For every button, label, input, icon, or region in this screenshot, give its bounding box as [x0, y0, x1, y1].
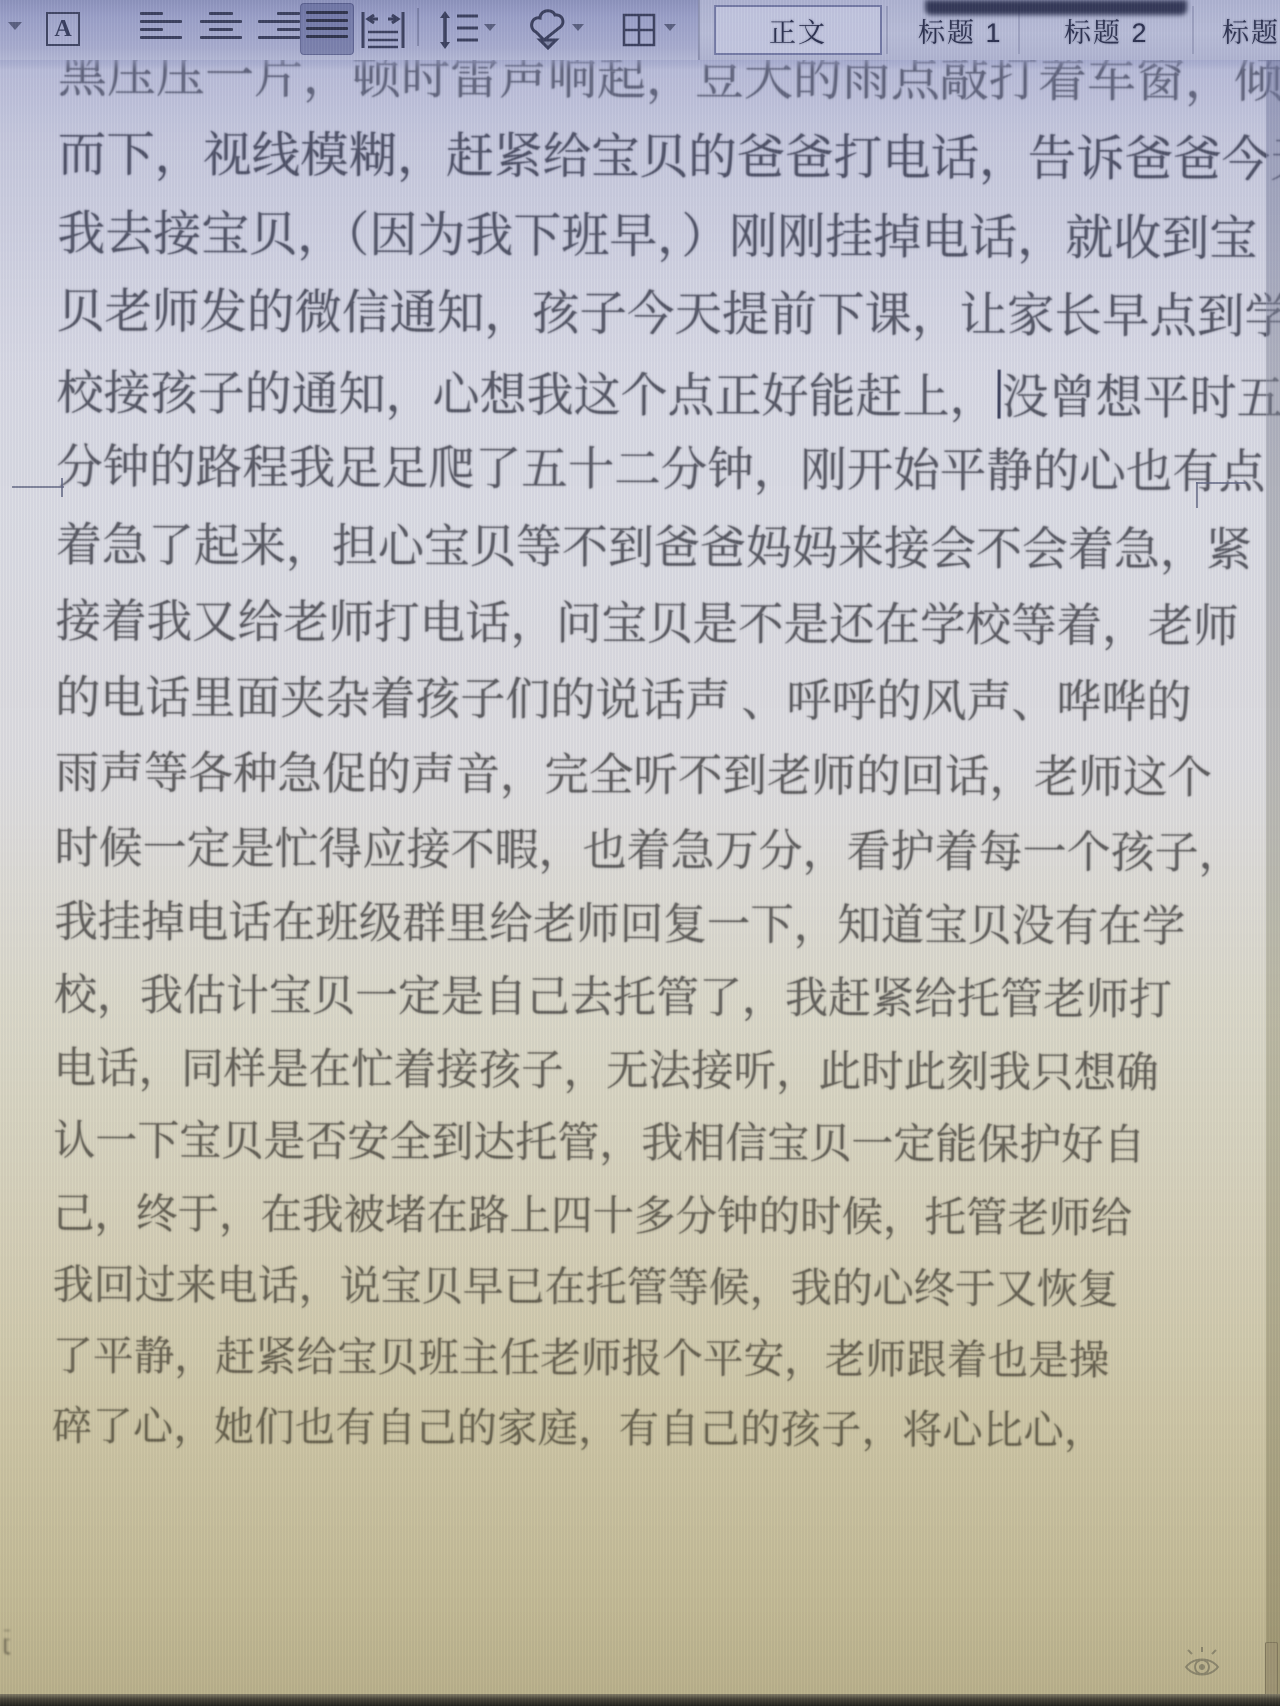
style-item-heading3[interactable]: 标题	[1222, 0, 1280, 60]
caret-down-icon	[664, 24, 676, 31]
text-line: 时候一定是忙得应接不暇，也着急万分，看护着每一个孩子，	[55, 825, 1147, 877]
text-line: 校，我估计宝贝一定是自己去托管了，我赶紧给托管老师打	[54, 974, 1136, 1025]
text-boundary-mark	[12, 486, 64, 488]
text-line: 电话，同样是在忙着接孩子，无法接听，此时此刻我只想确	[54, 1047, 1131, 1097]
character-border-icon: A	[46, 12, 80, 46]
text-line: 的电话里面夹杂着孩子们的说话声 、呼呼的风声、哗哗的	[55, 674, 1157, 727]
style-label: 标题 2	[1064, 11, 1149, 50]
text-boundary-mark	[61, 478, 63, 497]
gallery-separator	[886, 6, 888, 54]
highlighter-icon	[526, 6, 568, 50]
text-after-cursor: 没曾想平时五	[1001, 372, 1280, 425]
text-line: 碎了心，她们也有自己的家庭，有自己的孩子，将心比心，	[52, 1406, 1104, 1453]
scrollbar-thumb[interactable]	[1265, 1642, 1278, 1696]
style-item-normal-text[interactable]: 正文	[714, 5, 882, 55]
text-boundary-mark	[1196, 482, 1198, 508]
align-center-button[interactable]	[200, 12, 242, 48]
gallery-separator	[1192, 6, 1194, 54]
caret-down-icon	[484, 24, 496, 31]
highlight-button[interactable]	[526, 6, 568, 55]
table-borders-icon	[622, 13, 656, 47]
indent-icon	[360, 10, 406, 50]
text-line: 校接孩子的通知，心想我这个点正好能赶上，没曾想平时五	[57, 366, 1179, 421]
text-line: 分钟的路程我足足爬了五十二分钟，刚开始平静的心也有点	[56, 444, 1173, 498]
line-spacing-button[interactable]	[437, 8, 481, 57]
indent-button[interactable]	[360, 10, 406, 55]
text-line: 认一下宝贝是否安全到达托管，我相信宝贝一定能保护好自	[53, 1120, 1125, 1170]
screen-photo: A	[0, 0, 1280, 1706]
overflow-dropdown-button[interactable]	[8, 22, 22, 30]
text-line: 而下，视线模糊，赶紧给宝贝的爸爸打电话，告诉爸爸今天	[58, 130, 1195, 186]
borders-dropdown[interactable]	[664, 24, 676, 31]
text-line: 我挂掉电话在班级群里给老师回复一下，知道宝贝没有在学	[54, 900, 1141, 951]
caret-down-icon	[8, 22, 22, 30]
justify-icon	[306, 11, 348, 47]
align-left-button[interactable]	[140, 12, 182, 48]
document-lines[interactable]: 黑压压一片，顿时雷声响起，豆大的雨点敲打着车窗，倾盆而下，视线模糊，赶紧给宝贝的…	[52, 50, 1200, 1481]
style-label: 正文	[769, 11, 827, 50]
style-label: 标题	[1222, 11, 1280, 50]
borders-button[interactable]	[622, 13, 656, 52]
align-right-button[interactable]	[258, 12, 300, 48]
toolbar-separator	[417, 8, 419, 46]
line-spacing-dropdown[interactable]	[484, 24, 496, 31]
highlight-dropdown[interactable]	[572, 24, 584, 31]
eye-protection-button[interactable]	[1182, 1646, 1222, 1687]
text-line: 着急了起来，担心宝贝等不到爸爸妈妈来接会不会着急，紧	[56, 521, 1168, 575]
toolbar-shadow	[0, 60, 1280, 70]
text-before-cursor: 校接孩子的通知，心想我这个点正好能赶上，	[56, 368, 996, 424]
text-line: 雨声等各种急促的声音，完全听不到老师的回话，老师这个	[55, 750, 1152, 802]
justify-button[interactable]	[300, 3, 354, 55]
text-line: 我回过来电话，说宝贝早已在托管等候，我的心终于又恢复	[53, 1264, 1115, 1312]
character-border-button[interactable]: A	[46, 12, 80, 46]
style-label: 标题 1	[918, 11, 1003, 50]
text-line: 了平静，赶紧给宝贝班主任老师报个平安，老师跟着也是操	[52, 1335, 1109, 1383]
line-spacing-icon	[437, 8, 481, 52]
text-line: 我去接宝贝，（因为我下班早，）刚刚挂掉电话，就收到宝	[57, 209, 1189, 265]
text-line: 己，终于，在我被堵在路上四十多分钟的时候，托管老师给	[53, 1192, 1120, 1241]
text-line: 贝老师发的微信通知，孩子今天提前下课，让家长早点到学	[57, 288, 1184, 343]
text-boundary-mark	[1196, 482, 1247, 484]
screen-bezel	[0, 1694, 1280, 1706]
caret-down-icon	[572, 24, 584, 31]
text-line: 接着我又给老师打电话，问宝贝是不是还在学校等着，老师	[56, 598, 1163, 651]
clipped-edge-text: 己	[0, 1618, 10, 1670]
text-cursor	[998, 370, 1001, 419]
eye-icon	[1182, 1646, 1222, 1682]
screen-glare	[925, 0, 1187, 15]
scrollbar-track[interactable]	[1266, 0, 1280, 1706]
